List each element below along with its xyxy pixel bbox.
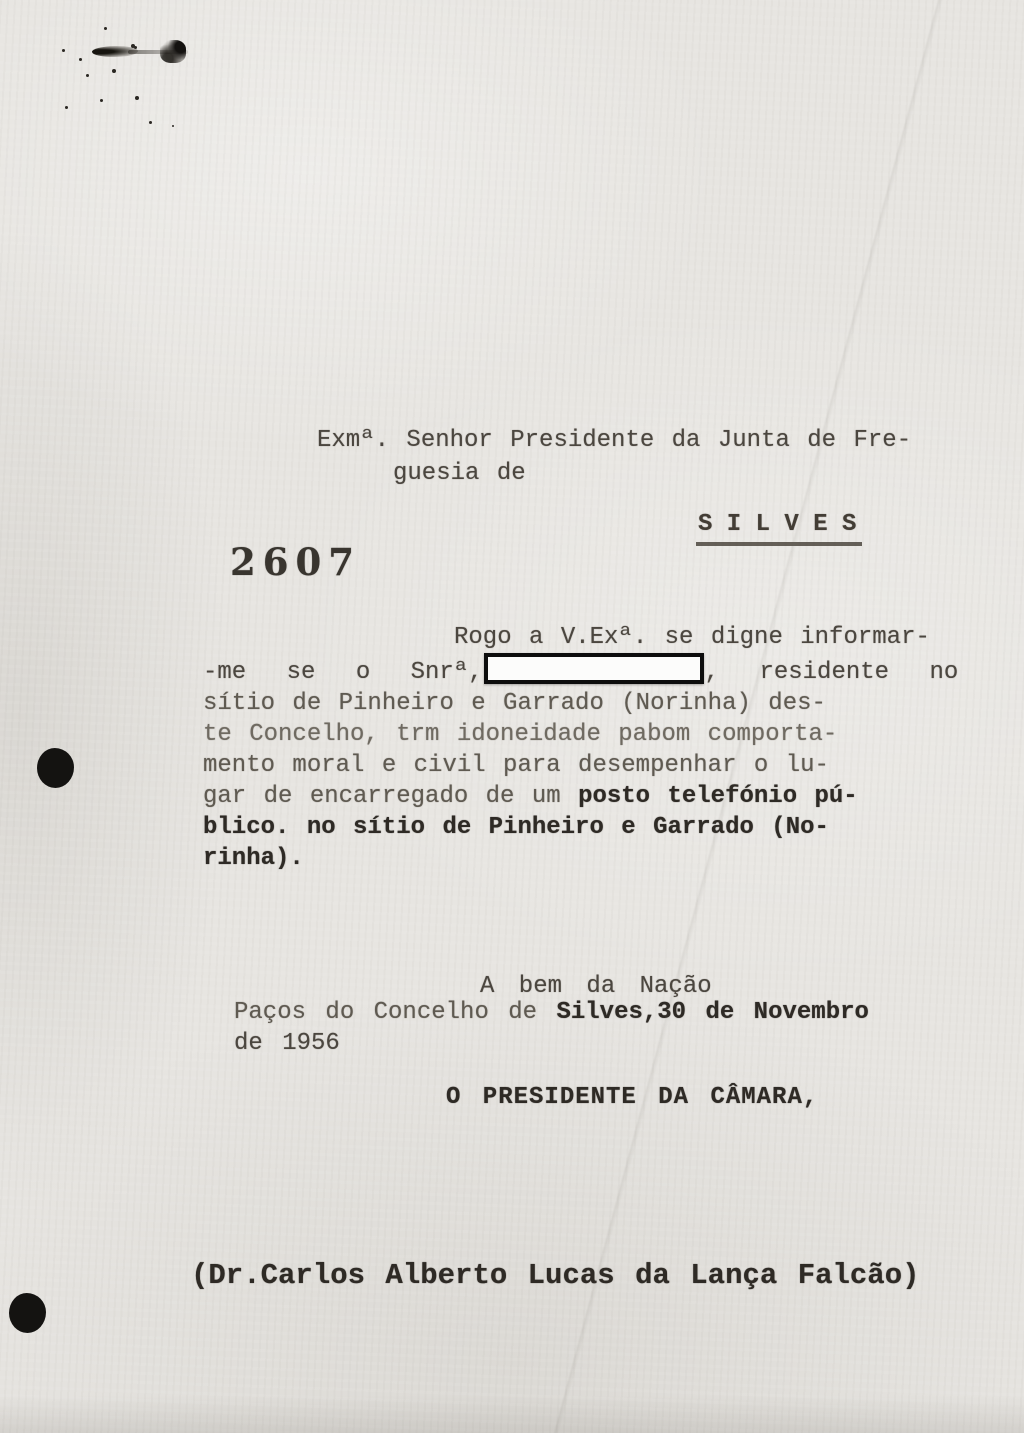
ink-speck: [100, 99, 103, 102]
ink-speck: [149, 121, 152, 124]
body-paragraph: Rogo a V.Exª. se digne informar- -me se …: [203, 622, 958, 874]
punch-hole-top: [37, 748, 74, 788]
redaction-box: [484, 653, 704, 684]
body-line-2-before: -me se o Snrª,: [203, 659, 483, 686]
ink-smudge: [128, 50, 188, 54]
addressee-line-1: Exmª. Senhor Presidente da Junta de Fre-: [317, 424, 911, 457]
signature-title: O PRESIDENTE DA CÂMARA,: [446, 1082, 818, 1113]
body-line: te Concelho, trm idoneidade pabom compor…: [203, 719, 958, 750]
place-date-block: Paços do Concelho de Silves,30 de Novemb…: [234, 997, 869, 1059]
reference-number-stamp: 2607: [230, 540, 361, 584]
signature-name: (Dr.Carlos Alberto Lucas da Lança Falcão…: [191, 1258, 920, 1294]
body-line: -me se o Snrª,, residente no: [203, 653, 958, 688]
place-date-start: Paços do Concelho de: [234, 999, 556, 1026]
ink-speck: [62, 49, 65, 52]
ink-speck: [112, 69, 116, 73]
municipality-name: S I L V E S: [696, 512, 862, 546]
ink-speck: [86, 74, 89, 77]
body-line: Rogo a V.Exª. se digne informar-: [203, 622, 958, 653]
ink-speck: [65, 106, 68, 109]
body-line: blico. no sítio de Pinheiro e Garrado (N…: [203, 812, 958, 843]
body-line-6-start: gar de encarregado de um: [203, 783, 578, 810]
body-line: mento moral e civil para desempenhar o l…: [203, 750, 958, 781]
ink-speck: [172, 125, 174, 127]
ink-smudge: [160, 40, 186, 63]
punch-hole-bottom: [9, 1293, 46, 1333]
addressee-block: Exmª. Senhor Presidente da Junta de Fre-…: [317, 424, 911, 490]
addressee-line-2: guesia de: [393, 457, 911, 490]
ink-speck: [134, 46, 137, 49]
place-date-emphasis: Silves,30 de Novembro: [556, 999, 868, 1026]
ink-speck: [79, 58, 82, 61]
body-line: sítio de Pinheiro e Garrado (Norinha) de…: [203, 688, 958, 719]
body-line: rinha).: [203, 843, 958, 874]
body-line-2-after: , residente no: [705, 659, 959, 686]
place-date-line-1: Paços do Concelho de Silves,30 de Novemb…: [234, 997, 869, 1028]
body-line: gar de encarregado de um posto telefónio…: [203, 781, 958, 812]
place-date-line-2: de 1956: [234, 1028, 869, 1059]
ink-speck: [104, 27, 107, 30]
scanned-letter-page: 2607 Exmª. Senhor Presidente da Junta de…: [0, 0, 1024, 1433]
body-line-6-emphasis: posto telefónio pú-: [578, 783, 858, 810]
ink-speck: [135, 96, 139, 100]
